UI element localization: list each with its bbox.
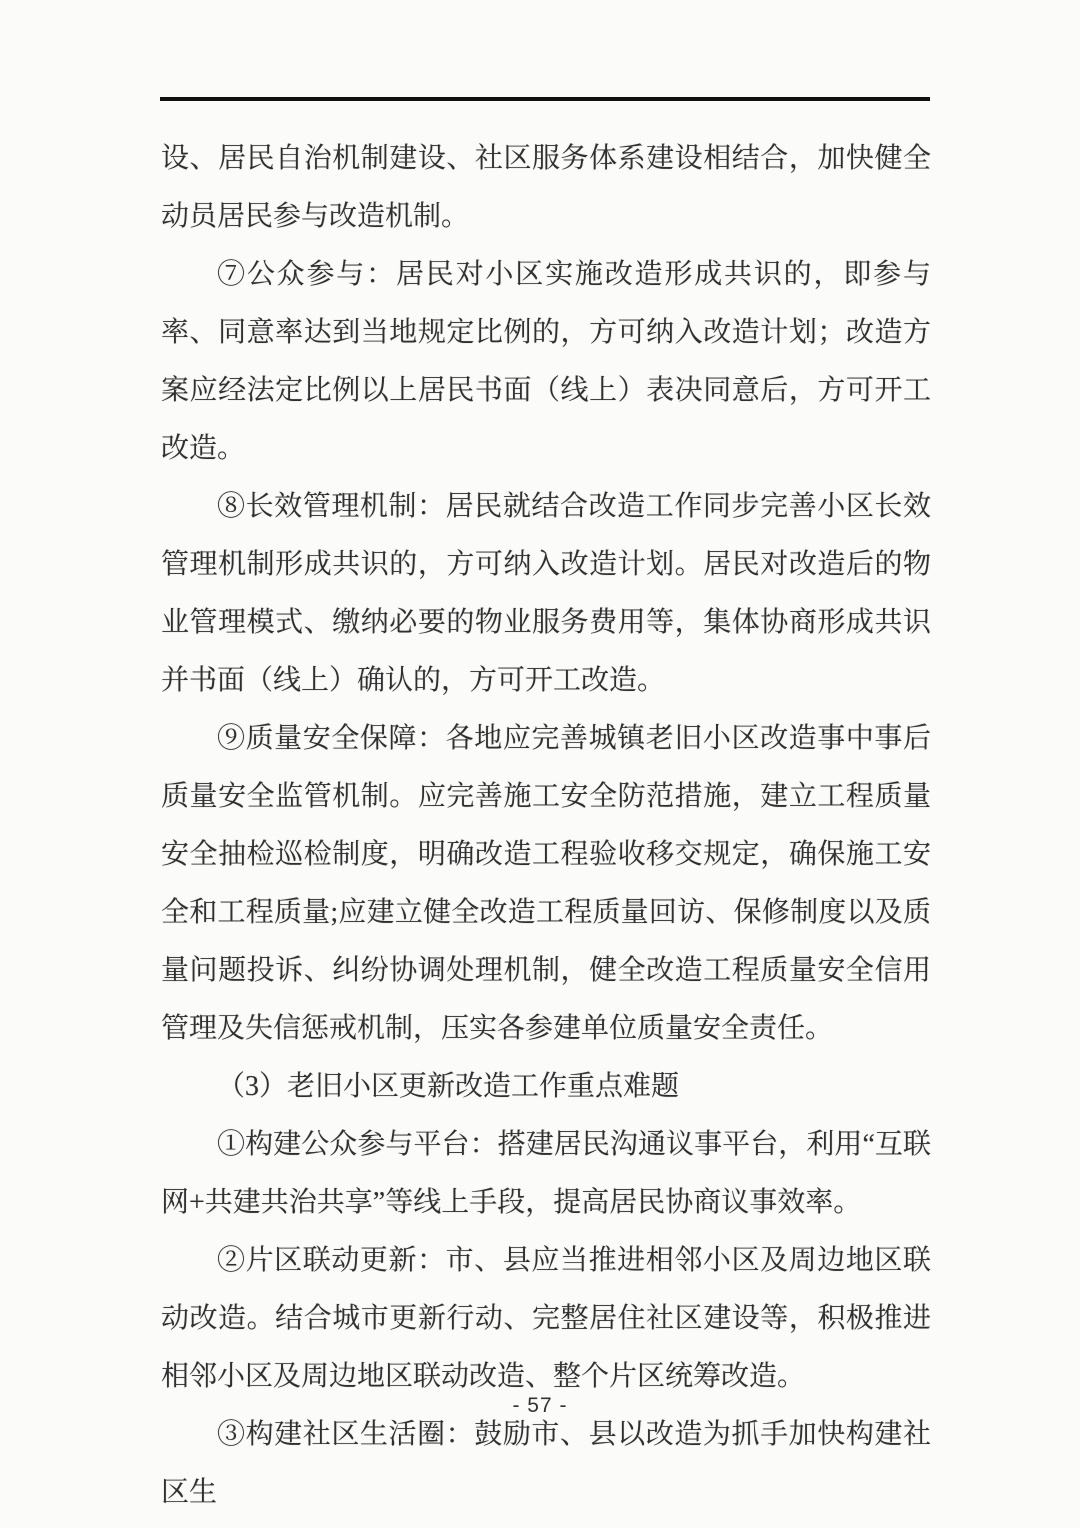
- paragraph-item-1-participation-platform: ①构建公众参与平台：搭建居民沟通议事平台，利用“互联网+共建共治共享”等线上手段…: [161, 1116, 931, 1232]
- paragraph-item-8-long-term-management: ⑧长效管理机制：居民就结合改造工作同步完善小区长效管理机制形成共识的，方可纳入改…: [161, 478, 931, 710]
- paragraph-item-3-community-life-circle: ③构建社区生活圈：鼓励市、县以改造为抓手加快构建社区生: [161, 1406, 931, 1522]
- section-heading-3-key-difficulties: （3）老旧小区更新改造工作重点难题: [161, 1058, 931, 1116]
- paragraph-item-9-quality-safety: ⑨质量安全保障：各地应完善城镇老旧小区改造事中事后质量安全监管机制。应完善施工安…: [161, 710, 931, 1058]
- header-rule: [160, 97, 930, 101]
- paragraph-item-2-district-linked-renewal: ②片区联动更新：市、县应当推进相邻小区及周边地区联动改造。结合城市更新行动、完整…: [161, 1232, 931, 1406]
- document-body: 设、居民自治机制建设、社区服务体系建设相结合，加快健全动员居民参与改造机制。 ⑦…: [161, 130, 931, 1522]
- paragraph-item-7-public-participation: ⑦公众参与：居民对小区实施改造形成共识的，即参与率、同意率达到当地规定比例的，方…: [161, 246, 931, 478]
- page-number: - 57 -: [0, 1394, 1080, 1418]
- continued-paragraph: 设、居民自治机制建设、社区服务体系建设相结合，加快健全动员居民参与改造机制。: [161, 130, 931, 246]
- document-page: 设、居民自治机制建设、社区服务体系建设相结合，加快健全动员居民参与改造机制。 ⑦…: [0, 0, 1080, 1528]
